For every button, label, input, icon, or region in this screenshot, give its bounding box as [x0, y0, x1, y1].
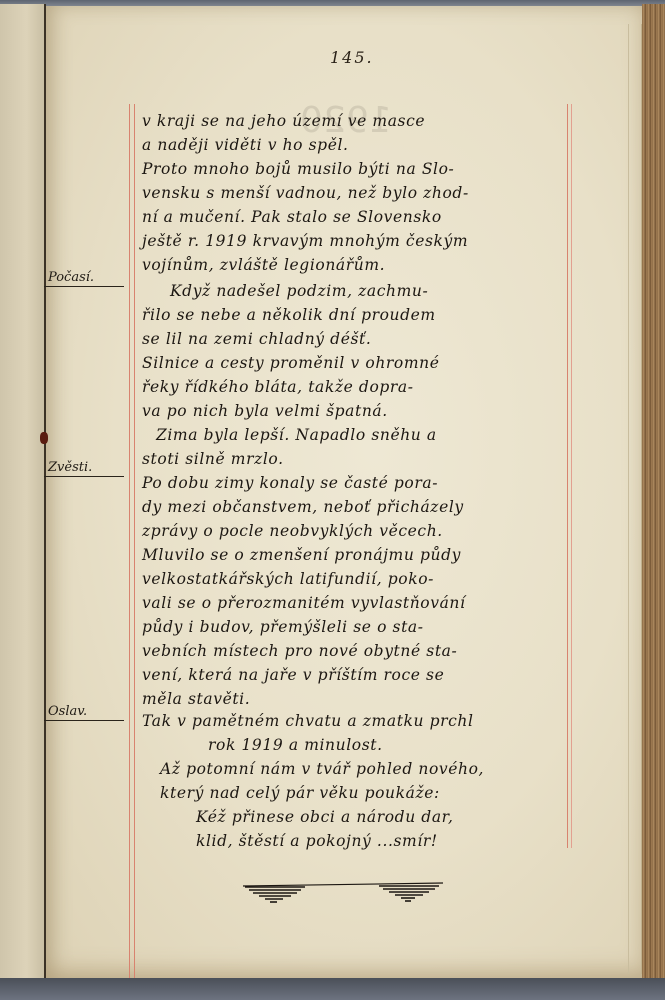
text-line: Proto mnoho bojů musilo býti na Slo-: [142, 160, 454, 178]
text-line: Silnice a cesty proměnil v ohromné: [142, 354, 440, 372]
text-line: půdy i budov, přemýšleli se o sta-: [142, 618, 424, 636]
text-line: který nad celý pár věku poukáže:: [160, 784, 440, 802]
text-line: Až potomní nám v tvář pohled nového,: [160, 760, 484, 778]
page-stack-lines: [628, 24, 642, 974]
text-line: Mluvilo se o zmenšení pronájmu půdy: [142, 546, 461, 564]
text-line: ještě r. 1919 krvavým mnohým českým: [142, 232, 468, 250]
text-line: vali se o přerozmanitém vyvlastňování: [142, 594, 466, 612]
text-line: Kéž přinese obci a národu dar,: [196, 808, 454, 826]
text-line: ní a mučení. Pak stalo se Slovensko: [142, 208, 442, 226]
text-line: vení, která na jaře v příštím roce se: [142, 666, 444, 684]
text-line: měla stavěti.: [142, 690, 250, 708]
text-line: stoti silně mrzlo.: [142, 450, 284, 468]
text-line: vensku s menší vadnou, než bylo zhod-: [142, 184, 469, 202]
margin-label: Zvěsti.: [44, 460, 124, 477]
text-line: Tak v pamětném chvatu a zmatku prchl: [142, 712, 474, 730]
text-line: vebních místech pro nové obytné sta-: [142, 642, 457, 660]
text-line: se lil na zemi chladný déšť.: [142, 330, 371, 348]
binding-pin: [40, 432, 48, 444]
text-line: rok 1919 a minulost.: [208, 736, 383, 754]
book-fore-edge: [642, 4, 665, 982]
text-line: řeky řídkého bláta, takže dopra-: [142, 378, 414, 396]
text-line: Když nadešel podzim, zachmu-: [170, 282, 428, 300]
text-line: va po nich byla velmi špatná.: [142, 402, 388, 420]
left-margin-rule: [129, 104, 135, 980]
margin-label: Počasí.: [44, 270, 124, 287]
right-margin-rule: [567, 104, 572, 848]
text-line: klid, štěstí a pokojný ...smír!: [196, 832, 438, 850]
left-page-edge: [0, 4, 46, 982]
text-line: velkostatkářských latifundií, poko-: [142, 570, 434, 588]
text-line: v kraji se na jeho území ve masce: [142, 112, 425, 130]
text-line: zprávy o pocle neobvyklých věcech.: [142, 522, 443, 540]
margin-label: Oslav.: [44, 704, 124, 721]
backdrop-bottom: [0, 978, 665, 1000]
text-line: dy mezi občanstvem, neboť přicházely: [142, 498, 464, 516]
text-line: a naději viděti v ho spěl.: [142, 136, 349, 154]
text-line: řilo se nebe a několik dní proudem: [142, 306, 436, 324]
text-line: vojínům, zvláště legionářům.: [142, 256, 385, 274]
end-ornament-icon: [243, 880, 443, 906]
text-line: Zima byla lepší. Napadlo sněhu a: [156, 426, 437, 444]
text-line: Po dobu zimy konaly se časté pora-: [142, 474, 438, 492]
page-number: 145.: [330, 48, 374, 67]
